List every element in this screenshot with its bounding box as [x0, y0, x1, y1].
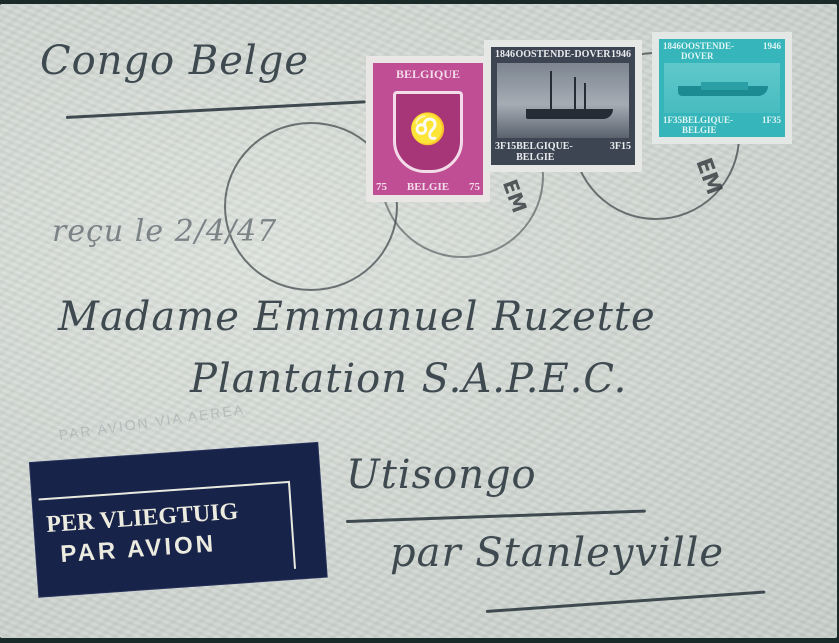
- address-underline-2: [486, 590, 766, 613]
- stamp-country: BELGIQUE-BELGIE: [682, 115, 762, 135]
- steamer-ship-icon: [497, 63, 629, 138]
- airmail-label: PER VLIEGTUIG PAR AVION: [30, 443, 327, 597]
- address-underline-1: [346, 510, 646, 523]
- stamp-year: 1846: [495, 49, 515, 60]
- stamp-route: OOSTENDE-DOVER: [515, 49, 610, 60]
- routing-underline: [66, 100, 366, 119]
- stamp-year: 1846: [663, 41, 681, 61]
- motor-ship-icon: [664, 63, 780, 113]
- stamp-country: BELGIQUE-BELGIE: [516, 141, 610, 163]
- stamp-value: 75: [469, 181, 480, 193]
- envelope: Congo Belge EM EM BELGIQUE 75 BELGIE 75 …: [0, 4, 837, 638]
- address-line-3: Utisongo: [346, 452, 537, 498]
- ghost-airmail-print: PAR AVION VIA AEREA: [58, 401, 246, 443]
- address-line-2: Plantation S.A.P.E.C.: [190, 356, 627, 402]
- address-line-1: Madame Emmanuel Ruzette: [58, 294, 656, 340]
- received-note: reçu le 2/4/47: [52, 214, 277, 249]
- address-line-4: par Stanleyville: [390, 530, 724, 576]
- stamp-country-flemish: BELGIE: [407, 181, 449, 193]
- routing-note: Congo Belge: [40, 38, 309, 84]
- stamp-oostende-dover-135: 1846 OOSTENDE-DOVER 1946 1F35 BELGIQUE-B…: [652, 32, 792, 144]
- stamp-coat-of-arms: BELGIQUE 75 BELGIE 75: [366, 56, 490, 202]
- stamp-year: 1946: [763, 41, 781, 61]
- stamp-route: OOSTENDE-DOVER: [681, 41, 763, 61]
- stamp-country: BELGIQUE: [396, 67, 460, 82]
- stamp-oostende-dover-315: 1846 OOSTENDE-DOVER 1946 3F15 BELGIQUE-B…: [484, 40, 642, 172]
- stamp-value: 75: [376, 181, 387, 193]
- stamp-value: 3F15: [610, 141, 631, 163]
- lion-shield-icon: [393, 91, 463, 173]
- stamp-value: 1F35: [663, 115, 682, 135]
- stamp-value: 1F35: [762, 115, 781, 135]
- stamp-value: 3F15: [495, 141, 516, 163]
- stamp-year: 1946: [611, 49, 631, 60]
